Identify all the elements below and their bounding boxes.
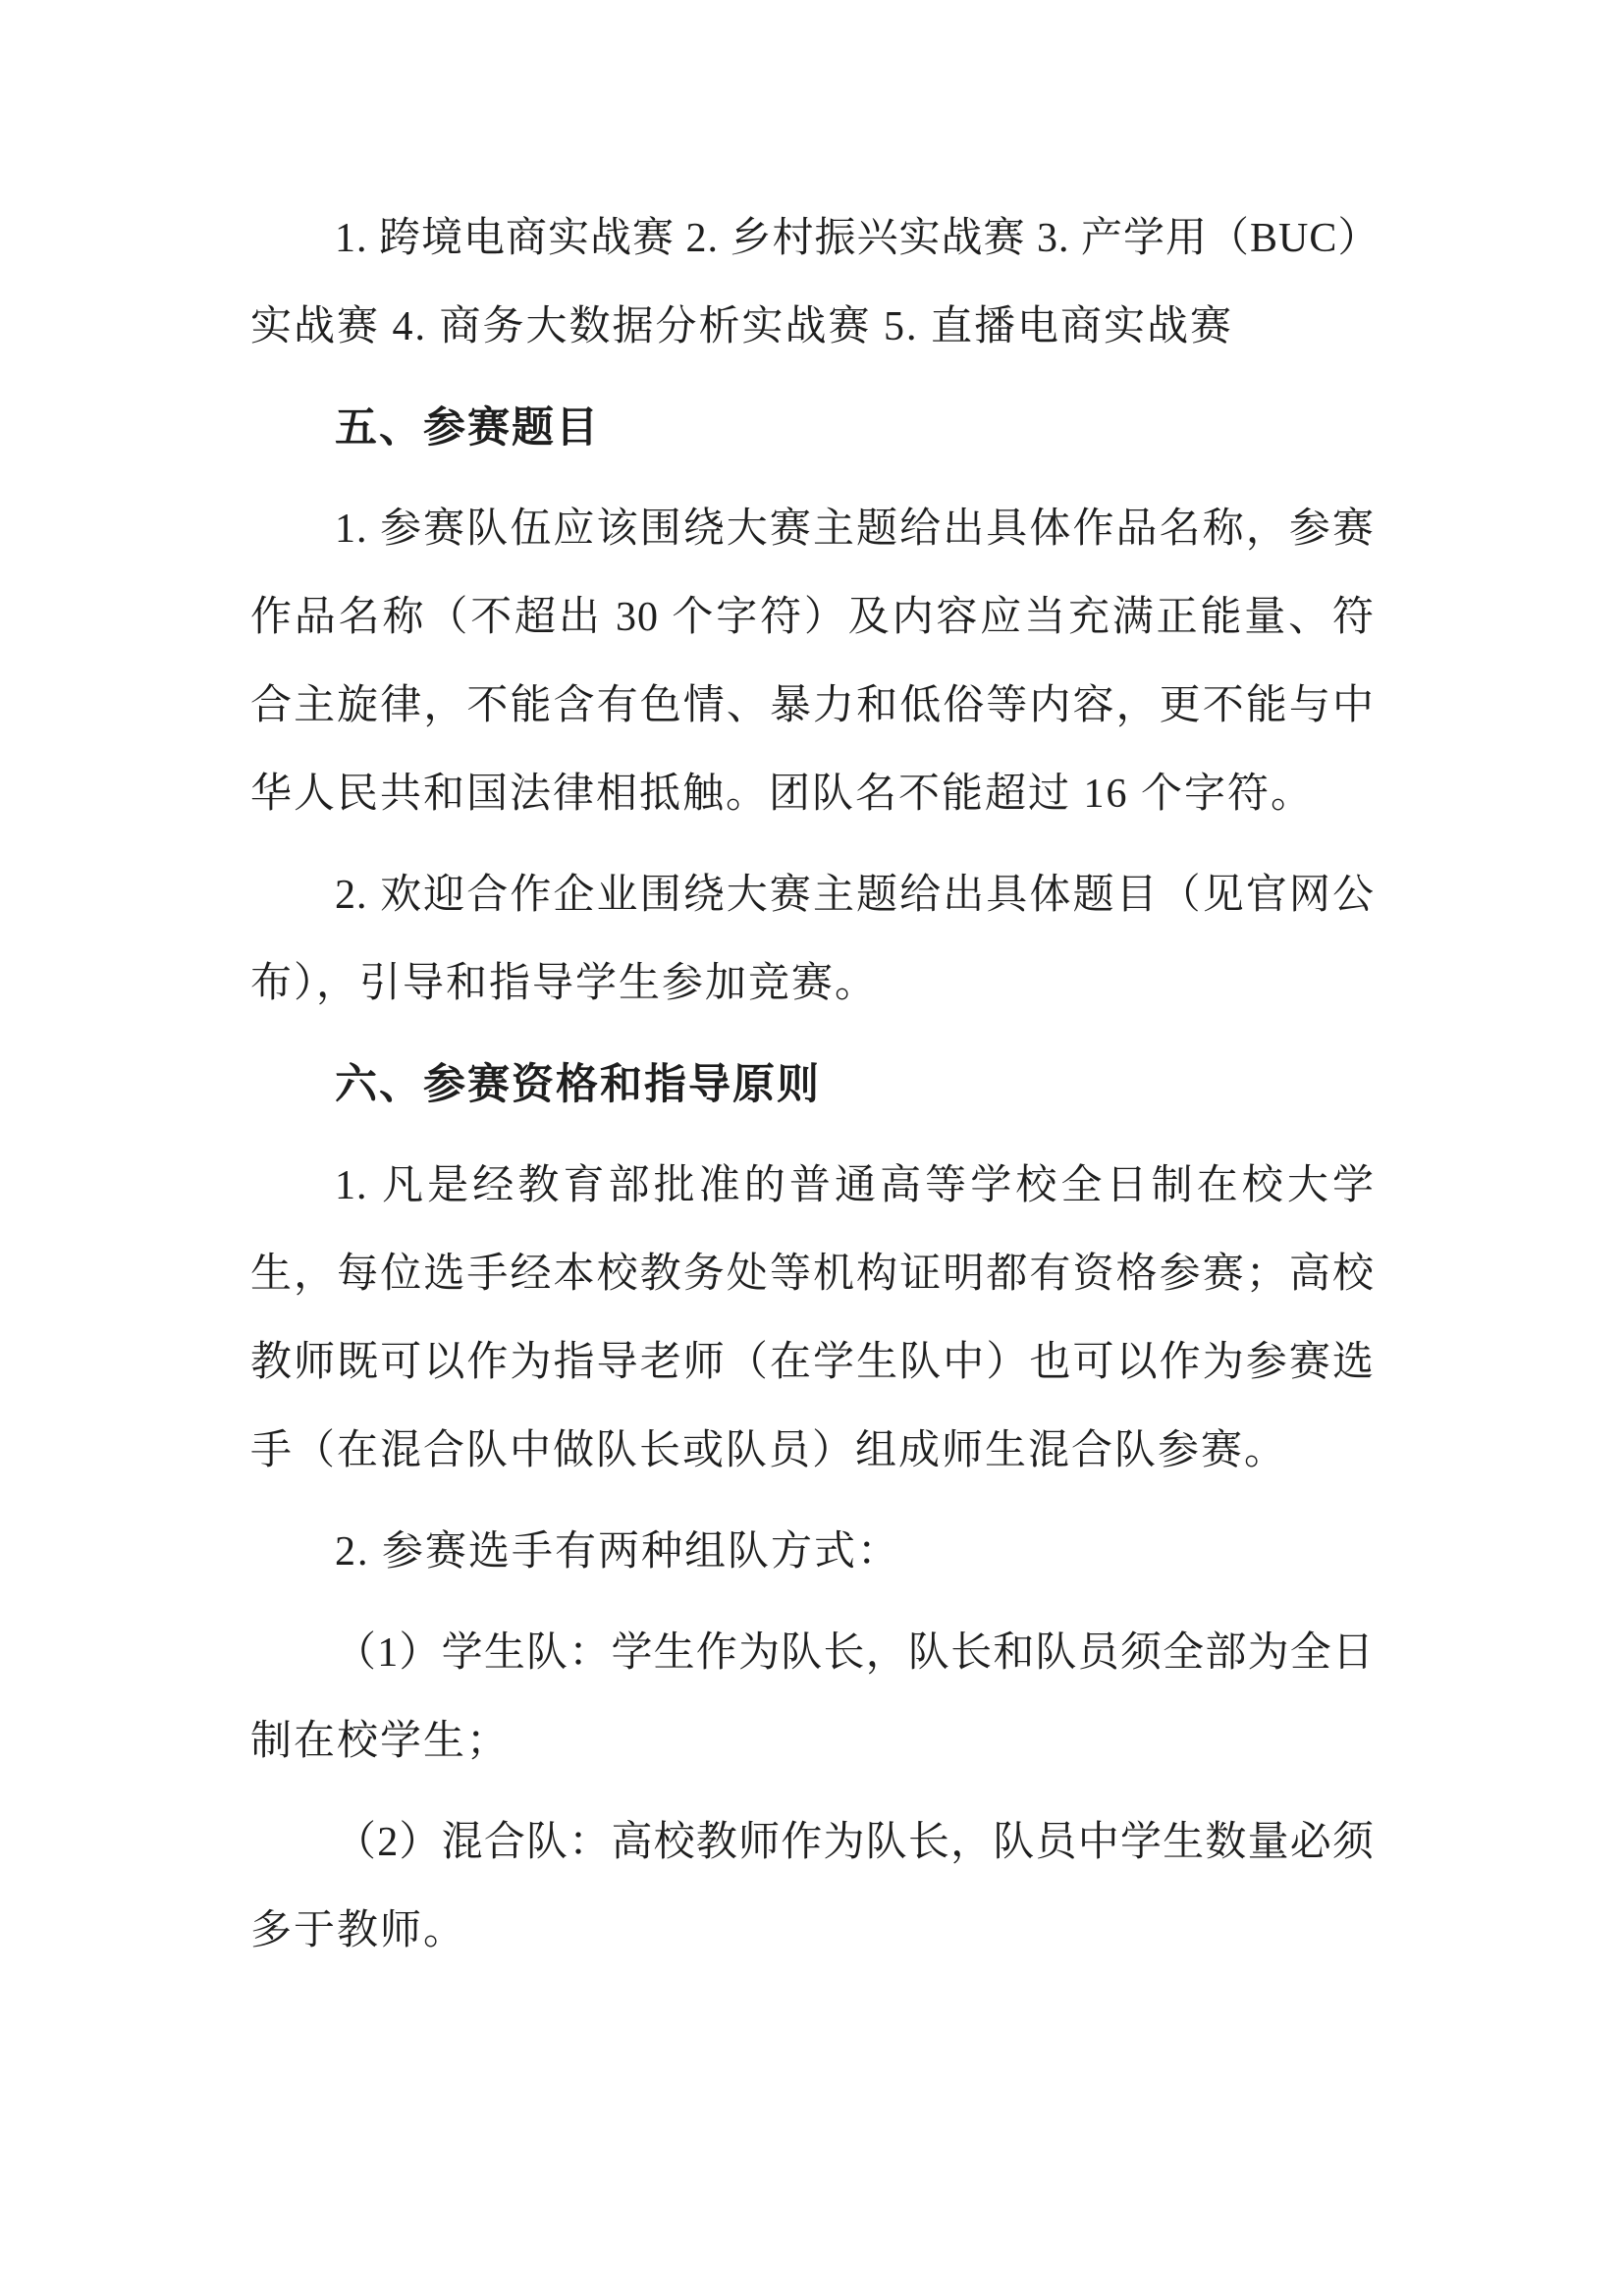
body-paragraph: 1. 凡是经教育部批准的普通高等学校全日制在校大学生，每位选手经本校教务处等机构…: [250, 1142, 1375, 1495]
document-page: 1. 跨境电商实战赛 2. 乡村振兴实战赛 3. 产学用（BUC）实战赛 4. …: [0, 0, 1624, 2296]
document-body: 1. 跨境电商实战赛 2. 乡村振兴实战赛 3. 产学用（BUC）实战赛 4. …: [250, 194, 1375, 1975]
paragraph-text-line: 1. 凡是经教育部批准的普通高等学校全日制在校大学: [250, 1142, 1375, 1230]
paragraph-text-line: 多于教师。: [250, 1887, 1375, 1975]
paragraph-text-line: 2. 参赛选手有两种组队方式：: [250, 1508, 1375, 1596]
paragraph-text-line: 合主旋律，不能含有色情、暴力和低俗等内容，更不能与中: [250, 662, 1375, 750]
paragraph-text-line: （1）学生队：学生作为队长，队长和队员须全部为全日: [250, 1609, 1375, 1697]
paragraph-text-line: （2）混合队：高校教师作为队长，队员中学生数量必须: [250, 1798, 1375, 1887]
section-heading: 五、参赛题目: [250, 384, 1375, 472]
body-paragraph: 1. 跨境电商实战赛 2. 乡村振兴实战赛 3. 产学用（BUC）实战赛 4. …: [250, 194, 1375, 371]
paragraph-text-line: 教师既可以作为指导老师（在学生队中）也可以作为参赛选: [250, 1318, 1375, 1407]
body-paragraph: （1）学生队：学生作为队长，队长和队员须全部为全日制在校学生；: [250, 1609, 1375, 1786]
paragraph-text-line: 2. 欢迎合作企业围绕大赛主题给出具体题目（见官网公: [250, 851, 1375, 939]
paragraph-text-line: 1. 跨境电商实战赛 2. 乡村振兴实战赛 3. 产学用（BUC）: [250, 194, 1375, 283]
paragraph-text-line: 实战赛 4. 商务大数据分析实战赛 5. 直播电商实战赛: [250, 283, 1375, 371]
section-heading: 六、参赛资格和指导原则: [250, 1041, 1375, 1129]
paragraph-text-line: 作品名称（不超出 30 个字符）及内容应当充满正能量、符: [250, 573, 1375, 662]
paragraph-text-line: 手（在混合队中做队长或队员）组成师生混合队参赛。: [250, 1407, 1375, 1495]
body-paragraph: （2）混合队：高校教师作为队长，队员中学生数量必须多于教师。: [250, 1798, 1375, 1975]
paragraph-text-line: 制在校学生；: [250, 1697, 1375, 1786]
paragraph-text-line: 生，每位选手经本校教务处等机构证明都有资格参赛；高校: [250, 1230, 1375, 1318]
body-paragraph: 1. 参赛队伍应该围绕大赛主题给出具体作品名称，参赛作品名称（不超出 30 个字…: [250, 485, 1375, 838]
body-paragraph: 2. 欢迎合作企业围绕大赛主题给出具体题目（见官网公布），引导和指导学生参加竞赛…: [250, 851, 1375, 1028]
body-paragraph: 2. 参赛选手有两种组队方式：: [250, 1508, 1375, 1596]
heading-text-line: 五、参赛题目: [250, 384, 1375, 472]
heading-text-line: 六、参赛资格和指导原则: [250, 1041, 1375, 1129]
paragraph-text-line: 华人民共和国法律相抵触。团队名不能超过 16 个字符。: [250, 750, 1375, 838]
paragraph-text-line: 1. 参赛队伍应该围绕大赛主题给出具体作品名称，参赛: [250, 485, 1375, 573]
paragraph-text-line: 布），引导和指导学生参加竞赛。: [250, 939, 1375, 1028]
